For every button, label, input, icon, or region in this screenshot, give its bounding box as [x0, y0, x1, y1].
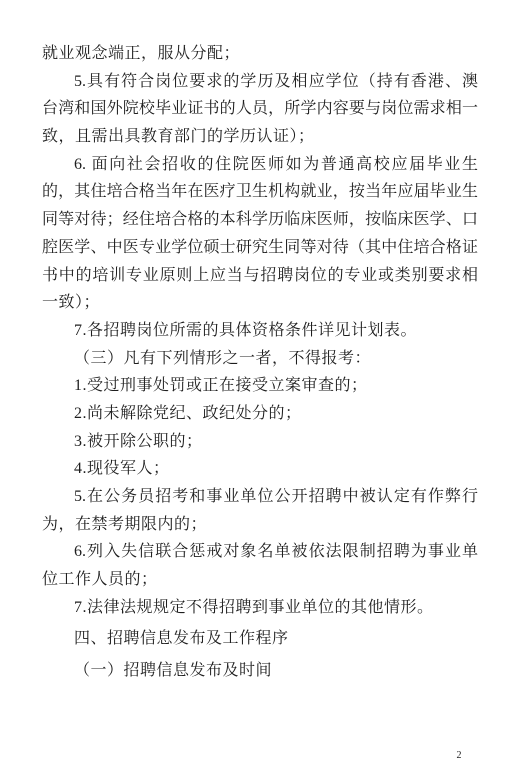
- text-line: 2.尚未解除党纪、政纪处分的；: [42, 400, 478, 428]
- document-body: 就业观念端正，服从分配；5.具有符合岗位要求的学历及相应学位（持有香港、澳门、台…: [42, 40, 478, 685]
- document-page: 就业观念端正，服从分配；5.具有符合岗位要求的学历及相应学位（持有香港、澳门、台…: [0, 0, 518, 777]
- text-line: 6. 面向社会招收的住院医师如为普通高校应届毕业生: [42, 151, 478, 179]
- text-line: 腔医学、中医专业学位硕士研究生同等对待（其中住培合格证: [42, 234, 478, 262]
- text-line: 1.受过刑事处罚或正在接受立案审查的；: [42, 372, 478, 400]
- text-line: 书中的培训专业原则上应当与招聘岗位的专业或类别要求相: [42, 262, 478, 290]
- text-line: 7.法律法规规定不得招聘到事业单位的其他情形。: [42, 594, 478, 622]
- text-line: 同等对待；经住培合格的本科学历临床医师，按临床医学、口: [42, 206, 478, 234]
- text-line: 5.在公务员招考和事业单位公开招聘中被认定有作弊行: [42, 483, 478, 511]
- text-line: 台湾和国外院校毕业证书的人员，所学内容要与岗位需求相一: [42, 95, 478, 123]
- text-line: （一）招聘信息发布及时间: [42, 657, 478, 685]
- text-line: 6.列入失信联合惩戒对象名单被依法限制招聘为事业单: [42, 538, 478, 566]
- text-line: 4.现役军人；: [42, 455, 478, 483]
- text-line: 致，且需出具教育部门的学历认证）；: [42, 123, 478, 151]
- text-line: 为，在禁考期限内的；: [42, 511, 478, 539]
- page-number: 2: [451, 749, 467, 763]
- text-line: 位工作人员的；: [42, 566, 478, 594]
- text-line: 一致）；: [42, 289, 478, 317]
- text-line: 四、招聘信息发布及工作程序: [42, 625, 478, 653]
- text-line: 就业观念端正，服从分配；: [42, 40, 478, 68]
- text-line: （三）凡有下列情形之一者，不得报考：: [42, 345, 478, 373]
- text-line: 5.具有符合岗位要求的学历及相应学位（持有香港、澳门、: [42, 68, 478, 96]
- text-line: 3.被开除公职的；: [42, 428, 478, 456]
- text-line: 7.各招聘岗位所需的具体资格条件详见计划表。: [42, 317, 478, 345]
- text-line: 的，其住培合格当年在医疗卫生机构就业，按当年应届毕业生: [42, 178, 478, 206]
